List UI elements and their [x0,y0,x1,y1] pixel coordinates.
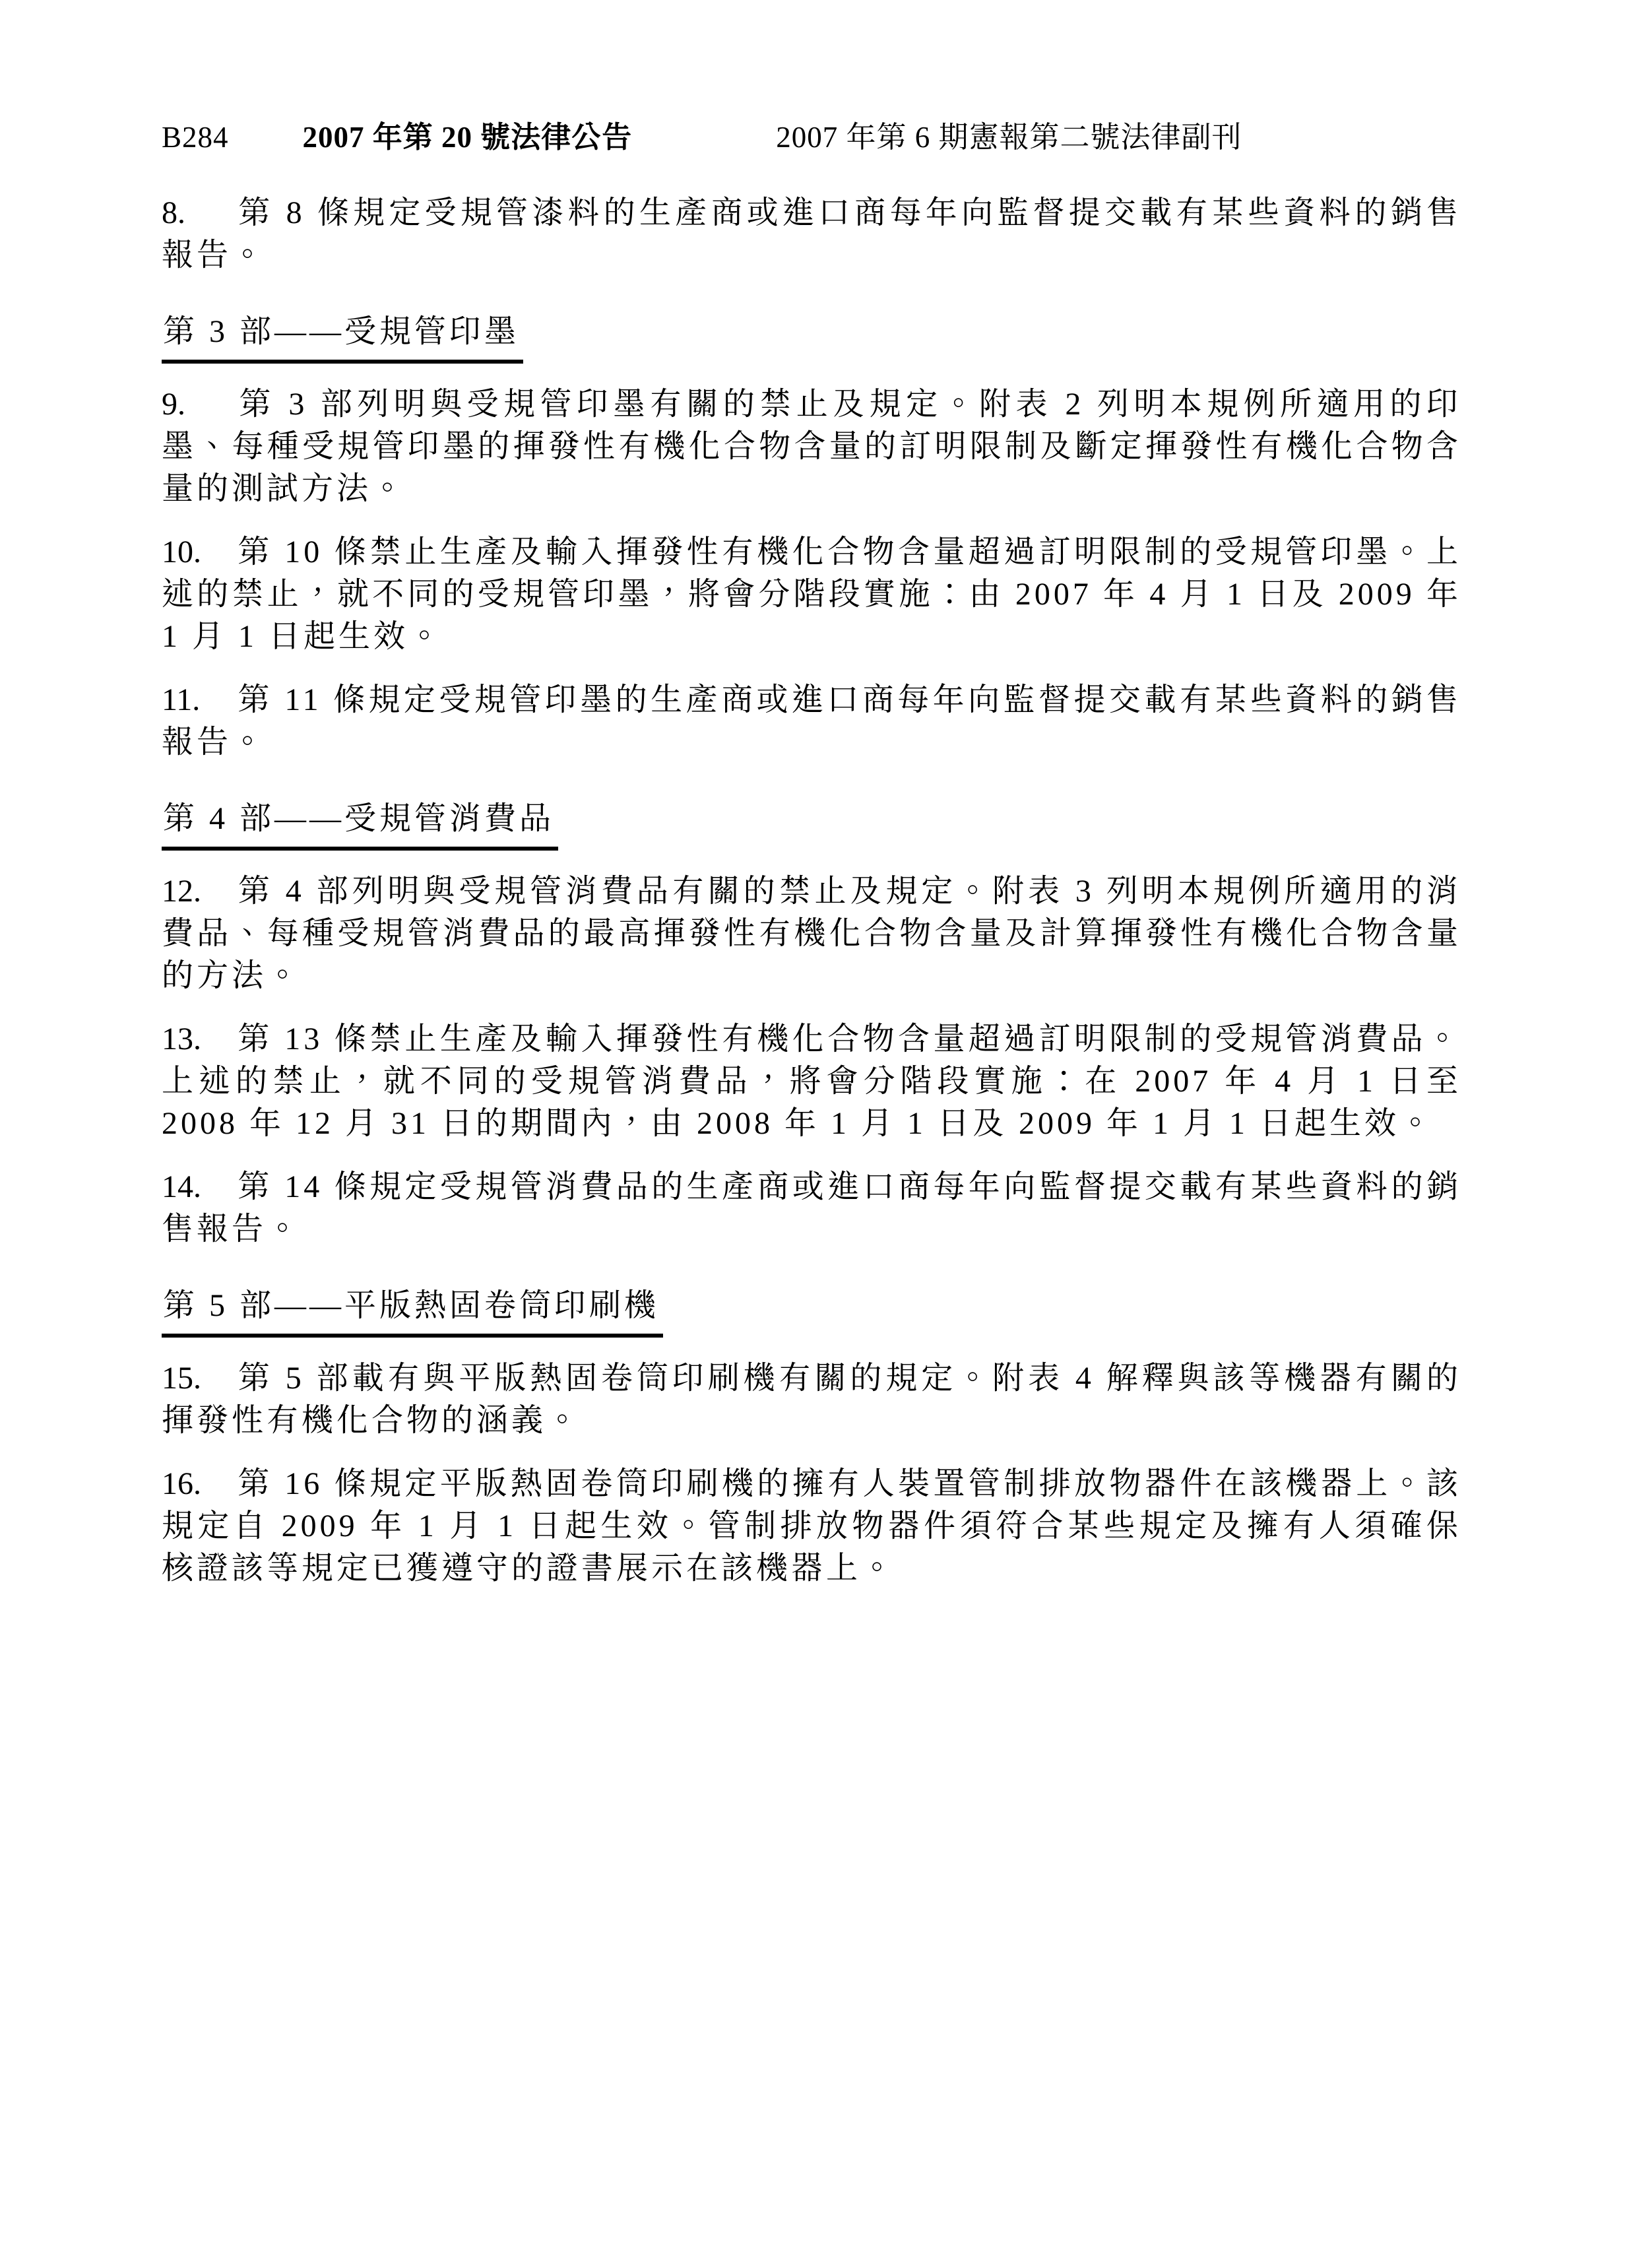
part-heading-text: 第 4 部——受規管消費品 [162,798,558,851]
paragraph-9: 9.第 3 部列明與受規管印墨有關的禁止及規定。附表 2 列明本規例所適用的印墨… [162,383,1461,510]
paragraph-13: 13.第 13 條禁止生產及輸入揮發性有機化合物含量超過訂明限制的受規管消費品。… [162,1018,1461,1145]
paragraph-number: 14. [162,1166,238,1208]
paragraph-16: 16.第 16 條規定平版熱固卷筒印刷機的擁有人裝置管制排放物器件在該機器上。該… [162,1463,1461,1590]
paragraph-text: 第 3 部列明與受規管印墨有關的禁止及規定。附表 2 列明本規例所適用的印墨、每… [162,387,1461,506]
paragraph-12: 12.第 4 部列明與受規管消費品有關的禁止及規定。附表 3 列明本規例所適用的… [162,870,1461,997]
paragraph-number: 16. [162,1463,238,1505]
paragraph-15: 15.第 5 部載有與平版熱固卷筒印刷機有關的規定。附表 4 解釋與該等機器有關… [162,1357,1461,1442]
paragraph-8: 8.第 8 條規定受規管漆料的生產商或進口商每年向監督提交載有某些資料的銷售報告… [162,192,1461,276]
paragraph-10: 10.第 10 條禁止生產及輸入揮發性有機化合物含量超過訂明限制的受規管印墨。上… [162,531,1461,658]
part-3-heading: 第 3 部——受規管印墨 [162,311,1461,364]
page-number: B284 [162,117,229,157]
paragraph-number: 10. [162,531,238,573]
paragraph-number: 12. [162,870,238,913]
paragraph-number: 8. [162,192,238,234]
paragraph-number: 13. [162,1018,238,1060]
gazette-issue-title: 2007 年第 6 期憲報第二號法律副刊 [776,117,1242,157]
paragraph-number: 9. [162,383,238,426]
paragraph-14: 14.第 14 條規定受規管消費品的生產商或進口商每年向監督提交載有某些資料的銷… [162,1166,1461,1250]
document-body: 8.第 8 條規定受規管漆料的生產商或進口商每年向監督提交載有某些資料的銷售報告… [162,192,1461,1590]
paragraph-text: 第 16 條規定平版熱固卷筒印刷機的擁有人裝置管制排放物器件在該機器上。該規定自… [162,1466,1461,1586]
paragraph-text: 第 14 條規定受規管消費品的生產商或進口商每年向監督提交載有某些資料的銷售報告… [162,1169,1461,1247]
paragraph-text: 第 5 部載有與平版熱固卷筒印刷機有關的規定。附表 4 解釋與該等機器有關的揮發… [162,1361,1461,1438]
paragraph-text: 第 10 條禁止生產及輸入揮發性有機化合物含量超過訂明限制的受規管印墨。上述的禁… [162,535,1461,654]
part-5-heading: 第 5 部——平版熱固卷筒印刷機 [162,1285,1461,1338]
paragraph-text: 第 13 條禁止生產及輸入揮發性有機化合物含量超過訂明限制的受規管消費品。上述的… [162,1021,1461,1141]
paragraph-11: 11.第 11 條規定受規管印墨的生產商或進口商每年向監督提交載有某些資料的銷售… [162,679,1461,763]
part-heading-text: 第 5 部——平版熱固卷筒印刷機 [162,1285,663,1338]
paragraph-text: 第 8 條規定受規管漆料的生產商或進口商每年向監督提交載有某些資料的銷售報告。 [162,195,1461,273]
page-header: B284 2007 年第 20 號法律公告 2007 年第 6 期憲報第二號法律… [162,117,1461,157]
page-content: B284 2007 年第 20 號法律公告 2007 年第 6 期憲報第二號法律… [162,117,1461,1590]
part-heading-text: 第 3 部——受規管印墨 [162,311,523,364]
paragraph-text: 第 11 條規定受規管印墨的生產商或進口商每年向監督提交載有某些資料的銷售報告。 [162,682,1461,760]
paragraph-text: 第 4 部列明與受規管消費品有關的禁止及規定。附表 3 列明本規例所適用的消費品… [162,874,1461,993]
legal-notice-number: 2007 年第 20 號法律公告 [303,117,633,157]
gazette-page: B284 2007 年第 20 號法律公告 2007 年第 6 期憲報第二號法律… [0,0,1627,2268]
part-4-heading: 第 4 部——受規管消費品 [162,798,1461,851]
paragraph-number: 15. [162,1357,238,1400]
paragraph-number: 11. [162,679,238,721]
